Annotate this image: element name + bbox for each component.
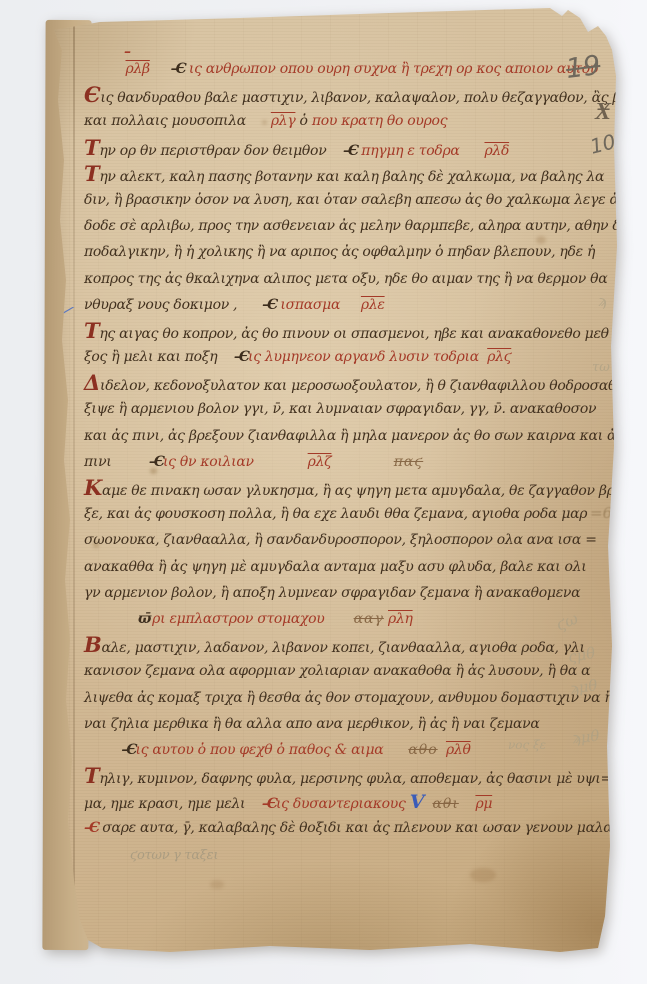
corner-page-number: 17: [600, 10, 627, 35]
manuscript-line: πινι –Єις θν κοιλιαν ρλζ παϛ: [84, 449, 596, 475]
manuscript-line: ξιψε ἢ αρμενιου βολον γγι, ν̄, και λυμνα…: [84, 396, 596, 422]
manuscript-line: Την ορ θν περιστθραν δον θειμθον –Є πηγμ…: [84, 135, 596, 161]
ink-text: ιδελον, κεδονοξυλατον και μεροσωοξουλατο…: [100, 378, 641, 394]
letter-mark: Ӿ: [595, 96, 611, 126]
manuscript-line: Διδελον, κεδονοξυλατον και μεροσωοξουλατ…: [84, 370, 596, 396]
blue-check-mark: V: [410, 791, 424, 813]
ink-text: κοπρος της ἀς θκαλιχηνα αλιπος μετα οξυ,…: [84, 271, 607, 287]
ink-text: –Є: [84, 820, 98, 836]
ink-text: ναι ζηλια μερθικα ἢ θα αλλα απο ανα μερθ…: [84, 716, 540, 732]
manuscript-line: Βαλε, μαστιχιν, λαδανον, λιβανον κοπει, …: [84, 632, 596, 658]
ink-text: [84, 742, 121, 758]
rubric-text: ρλϛ: [487, 349, 511, 365]
ink-text: ϖ̄: [138, 611, 152, 627]
ink-text: Β: [84, 632, 101, 657]
manuscript-line: Καμε θε πινακη ωσαν γλυκησμα, ἢ ας ψηγη …: [84, 475, 596, 501]
ink-text: και πολλαις μουσοπιλα: [84, 113, 271, 129]
ink-text: [438, 742, 446, 758]
ink-text: Τ: [84, 318, 99, 343]
rubric-text: ις ανθρωπον οπου ουρη συχνα ἢ τρεχη ορ κ…: [185, 61, 598, 77]
ink-text: [331, 454, 393, 470]
manuscript-line: ξος ἢ μελι και ποξη –Єις λυμηνεον αργανδ…: [84, 344, 596, 370]
ink-text: γν αρμενιον βολον, ἢ αποξη λυμνεαν σφραγ…: [84, 585, 580, 601]
manuscript-line: –Є σαρε αυτα, γ̄, καλαβαλης δὲ θοξιδι κα…: [84, 815, 596, 841]
ink-text: πινι: [84, 454, 149, 470]
ink-text: –Є: [343, 143, 357, 159]
manuscript-page: ρλβ –Є ις ανθρωπον οπου ουρη συχνα ἢ τρε…: [40, 6, 625, 956]
ink-text: σαρε αυτα, γ̄, καλαβαλης δὲ θοξιδι και ἀ…: [98, 820, 642, 836]
scan-canvas: ρλβ –Є ις ανθρωπον οπου ουρη συχνα ἢ τρε…: [0, 0, 647, 984]
ink-text: ανακαθθα ἢ ἀς ψηγη μὲ αμυγδαλα ανταμα μα…: [84, 559, 586, 575]
ink-text: –Є: [149, 454, 163, 470]
manuscript-line: Єις θανδυραθου βαλε μαστιχιν, λιβανον, κ…: [84, 82, 596, 108]
ink-text: παϛ: [394, 454, 424, 470]
ink-text: ποδαλγικην, ἢ ἡ χολικης ἢ να αριπος ἀς ο…: [84, 244, 595, 260]
ink-text: [459, 796, 476, 812]
manuscript-line: γν αρμενιον βολον, ἢ αποξη λυμνεαν σφραγ…: [84, 580, 596, 606]
margin-scribble-3: ϡμθ: [569, 676, 599, 698]
ink-text: αθι: [432, 796, 458, 812]
manuscript-line: ξε, και ἀς φουσκοση πολλα, ἢ θα εχε λαυδ…: [84, 501, 596, 527]
manuscript-line: νθυραξ νους δοκιμον , –Є ισπασμα ρλε: [84, 292, 596, 318]
manuscript-line: κανισον ζεμανα ολα αφορμιαν χολιαριαν αν…: [84, 658, 596, 684]
ink-text: ην ορ θν περιστθραν δον θειμθον: [99, 143, 343, 159]
rubric-text: ρλζ: [308, 454, 332, 470]
ink-text: διν, ἢ βρασικην ὁσον να λυση, και ὁταν σ…: [84, 192, 626, 208]
ink-text: Τ: [84, 763, 99, 788]
manuscript-line: ποδαλγικην, ἢ ἡ χολικης ἢ να αριπος ἀς ο…: [84, 239, 596, 265]
rubric-text: πηγμη ε τοδρα: [357, 143, 459, 159]
rubric-text: ρλδ: [484, 143, 509, 159]
rubric-text: που κρατη θο ουρος: [312, 113, 447, 129]
ink-text: κανισον ζεμανα ολα αφορμιαν χολιαριαν αν…: [84, 663, 590, 679]
ink-text: ην αλεκτ, καλη πασης βοτανην και καλη βα…: [99, 169, 604, 185]
margin-scribble-4: ϡμθ: [571, 727, 600, 748]
ink-text: δοδε σὲ αρλιβω, προς την ασθενειαν ἀς με…: [84, 218, 628, 234]
manuscript-line: και πολλαις μουσοπιλα ρλγ ὁ που κρατη θο…: [84, 108, 596, 134]
ink-text: [479, 349, 487, 365]
foxing-spot: [470, 868, 496, 882]
gutter-crease-line: [73, 6, 75, 956]
manuscript-line: δοδε σὲ αρλιβω, προς την ασθενειαν ἀς με…: [84, 213, 596, 239]
manuscript-line: Τηλιγ, κυμινον, δαφνης φυλα, μερσινης φυ…: [84, 763, 596, 789]
ink-text: [460, 143, 485, 159]
rubric-text: ρλη: [388, 611, 413, 627]
ink-text: –Є: [262, 297, 276, 313]
ink-text: αθο: [408, 742, 437, 758]
ink-text: [340, 297, 361, 313]
manuscript-line: κοπρος της ἀς θκαλιχηνα αλιπος μετα οξυ,…: [84, 266, 596, 292]
ink-text: ις θανδυραθου βαλε μαστιχιν, λιβανον, κα…: [100, 90, 647, 106]
rubric-text: ις λυμηνεον αργανδ λυσιν τοδρια: [248, 349, 479, 365]
rubric-text: ρλε: [361, 297, 385, 313]
red-dash: –: [124, 44, 131, 60]
ink-text: [325, 611, 354, 627]
manuscript-line: σωονουκα, ζιανθααλλα, ἢ σανδανδυροσπορον…: [84, 527, 596, 553]
manuscript-line: Της αιγας θο κοπρον, ἀς θο πινουν οι σπα…: [84, 318, 596, 344]
ink-text: [84, 611, 138, 627]
ink-text: ης αιγας θο κοπρον, ἀς θο πινουν οι σπασ…: [99, 326, 621, 342]
rubric-text: ις θν κοιλιαν: [163, 454, 254, 470]
ink-text: Κ: [84, 475, 102, 500]
ink-text: αλε, μαστιχιν, λαδανον, λιβανον κοπει, ζ…: [101, 640, 584, 656]
ink-text: ξος ἢ μελι και ποξη: [84, 349, 234, 365]
ink-text: –Є: [171, 61, 185, 77]
manuscript-line: μα, ημε κρασι, ημε μελι –Єις δυσαντεριακ…: [84, 789, 596, 815]
manuscript-line: ϛοτων γ ταξει: [84, 842, 596, 868]
manuscript-line: ανακαθθα ἢ ἀς ψηγη μὲ αμυγδαλα ανταμα μα…: [84, 554, 596, 580]
heading-faint-note: νος ξε: [508, 738, 546, 752]
struck-page-number: 19: [564, 50, 602, 85]
ink-text: ηλιγ, κυμινον, δαφνης φυλα, μερσινης φυλ…: [99, 771, 612, 787]
ink-text: ααγ: [354, 611, 384, 627]
manuscript-line: διν, ἢ βρασικην ὁσον να λυση, και ὁταν σ…: [84, 187, 596, 213]
ink-text: Δ: [84, 370, 100, 395]
manuscript-line: Την αλεκτ, καλη πασης βοτανην και καλη β…: [84, 161, 596, 187]
rubric-text: ις αυτου ὁ που φεχθ ὁ παθος & αιμα: [136, 742, 384, 758]
margin-smudge: =6: [590, 504, 612, 522]
ink-text: μα, ημε κρασι, ημε μελι: [84, 796, 262, 812]
ink-text: νθυραξ νους δοκιμον ,: [84, 297, 262, 313]
ink-text: –Є: [262, 796, 276, 812]
ink-text: και ἀς πινι, ἀς βρεξουν ζιανθαφιλλα ἢ μη…: [84, 428, 624, 444]
ink-text: [84, 61, 126, 77]
manuscript-line: ναι ζηλια μερθικα ἢ θα αλλα απο ανα μερθ…: [84, 711, 596, 737]
ink-text: [383, 742, 408, 758]
ink-text: Τ: [84, 161, 99, 186]
ink-text: –Є: [234, 349, 248, 365]
manuscript-line: ϖ̄ ρι εμπλαστρον στομαχου ααγ ρλη: [84, 606, 596, 632]
foxing-spot: [210, 880, 224, 889]
rubric-text: ισπασμα: [276, 297, 340, 313]
ink-text: [254, 454, 308, 470]
rubric-text: ις δυσαντεριακους: [276, 796, 406, 812]
ink-text: Є: [84, 82, 100, 107]
ink-text: λιψεθα ἀς κομαξ τριχα ἢ θεσθα ἀς θον στο…: [84, 690, 613, 706]
rubric-text: ρι εμπλαστρον στομαχου: [152, 611, 324, 627]
ink-text: ϛοτων γ ταξει: [84, 848, 218, 863]
rubric-text: ρλθ: [446, 742, 471, 758]
ink-text: σωονουκα, ζιανθααλλα, ἢ σανδανδυροσπορον…: [84, 532, 597, 548]
ink-text: –Є: [121, 742, 135, 758]
manuscript-line: και ἀς πινι, ἀς βρεξουν ζιανθαφιλλα ἢ μη…: [84, 423, 596, 449]
rubric-text: ρλγ: [271, 113, 296, 129]
margin-faint-sign-1: ϡ: [598, 292, 607, 310]
rubric-text: ρμ: [475, 796, 492, 812]
ink-text: ὁ: [295, 113, 311, 129]
ink-text: ξιψε ἢ αρμενιου βολον γγι, ν̄, και λυμνα…: [84, 401, 596, 417]
manuscript-line: λιψεθα ἀς κομαξ τριχα ἢ θεσθα ἀς θον στο…: [84, 685, 596, 711]
rubric-text: ρλβ: [126, 61, 150, 77]
ink-text: αμε θε πινακη ωσαν γλυκησμα, ἢ ας ψηγη μ…: [102, 483, 622, 499]
ink-text: [150, 61, 171, 77]
folio-number: 10: [587, 129, 618, 158]
ink-text: Τ: [84, 135, 99, 160]
ink-text: ξε, και ἀς φουσκοση πολλα, ἢ θα εχε λαυδ…: [84, 506, 587, 522]
margin-faint-sign-2: τω: [592, 360, 610, 375]
manuscript-line: ρλβ –Є ις ανθρωπον οπου ουρη συχνα ἢ τρε…: [84, 56, 596, 82]
